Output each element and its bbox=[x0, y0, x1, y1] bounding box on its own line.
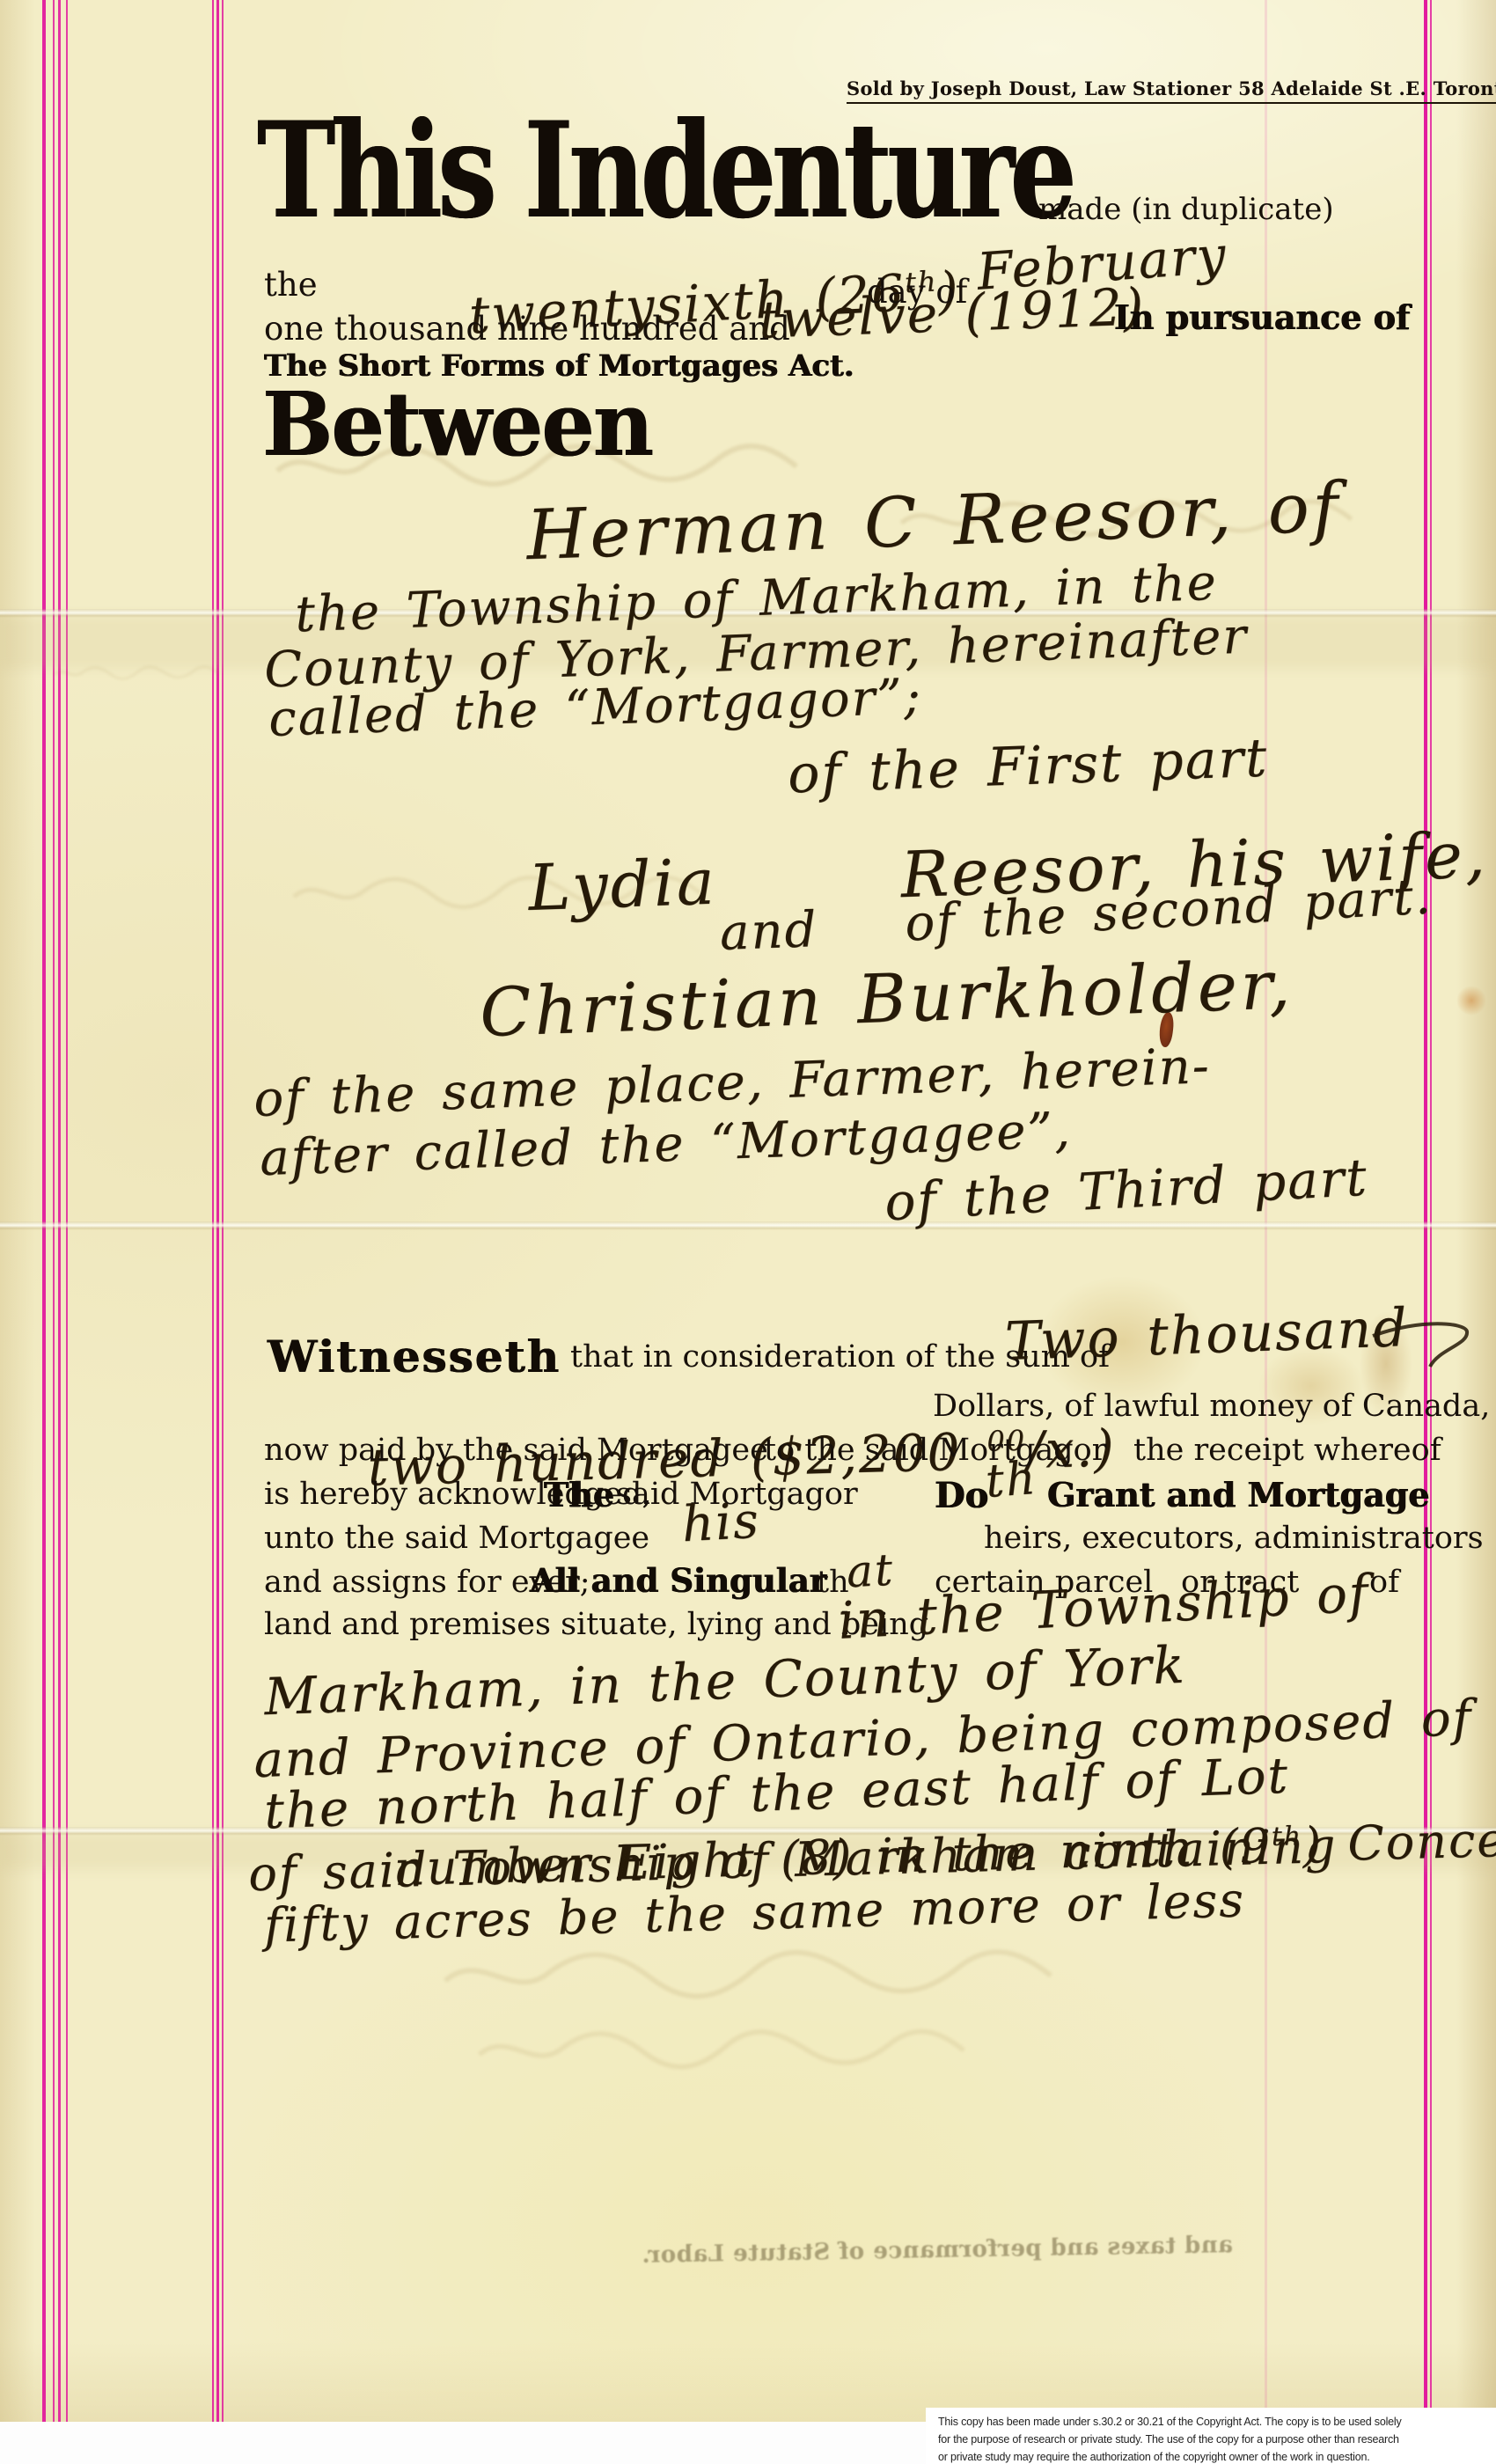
receipt-whereof: the receipt whereof bbox=[1133, 1433, 1441, 1468]
margin-rule-left-1 bbox=[42, 0, 46, 2422]
word-the: the bbox=[264, 266, 318, 304]
copyright-line: for the purpose of research or private s… bbox=[938, 2431, 1496, 2448]
paper-stain bbox=[1456, 986, 1486, 1016]
margin-rule-right-2 bbox=[1430, 0, 1432, 2411]
the-blackletter: The bbox=[544, 1475, 614, 1514]
bleedthrough-writing bbox=[53, 651, 220, 695]
land-and-premises: land and premises situate, lying and bei… bbox=[264, 1607, 928, 1642]
copyright-line: This copy has been made under s.30.2 or … bbox=[938, 2413, 1496, 2431]
party-second-and: and bbox=[719, 901, 819, 962]
unto-said-mortgagee: unto the said Mortgagee bbox=[264, 1521, 649, 1556]
bleedthrough-writing bbox=[475, 2024, 968, 2077]
heirs-executors: heirs, executors, administrators bbox=[984, 1521, 1484, 1556]
year-printed: one thousand nine hundred and bbox=[264, 310, 790, 348]
fold-crease-middle bbox=[0, 1221, 1496, 1230]
between-heading: Between bbox=[262, 384, 652, 465]
all-and-singular: All and Singular bbox=[530, 1561, 826, 1600]
margin-rule-left-2 bbox=[53, 0, 55, 2422]
copyright-line: or private study may require the authori… bbox=[938, 2448, 1496, 2464]
of-word: of bbox=[1369, 1565, 1399, 1600]
margin-rule-mid-3 bbox=[222, 0, 224, 2422]
made-in-duplicate: made (in duplicate) bbox=[1038, 192, 1334, 227]
margin-rule-left-4 bbox=[66, 0, 68, 2422]
margin-rule-mid-1 bbox=[212, 0, 214, 2422]
to-said-mortgagor: to the said Mortgagor bbox=[764, 1433, 1106, 1468]
pen-flourish bbox=[1368, 1301, 1474, 1380]
copyright-stamp: This copy has been made under s.30.2 or … bbox=[926, 2408, 1496, 2464]
bleedthrough-writing bbox=[378, 1945, 1118, 2006]
grant-and-mortgage: Grant and Mortgage bbox=[1047, 1475, 1429, 1514]
document-scan: Sold by Joseph Doust, Law Stationer 58 A… bbox=[0, 0, 1496, 2464]
dollars-lawful-money: Dollars, of lawful money of Canada, bbox=[933, 1389, 1490, 1424]
do-blackletter: Do bbox=[935, 1475, 988, 1516]
margin-rule-right-1 bbox=[1424, 0, 1427, 2411]
his-handwritten: his bbox=[680, 1492, 761, 1554]
in-pursuance-of: In pursuance of bbox=[1114, 297, 1410, 337]
margin-rule-mid-2 bbox=[216, 0, 219, 2422]
margin-rule-left-3 bbox=[58, 0, 61, 2422]
doth-suffix-handwritten: th bbox=[984, 1452, 1038, 1508]
paid-by-mortgagee: now paid by the said Mortgagee bbox=[264, 1433, 768, 1468]
